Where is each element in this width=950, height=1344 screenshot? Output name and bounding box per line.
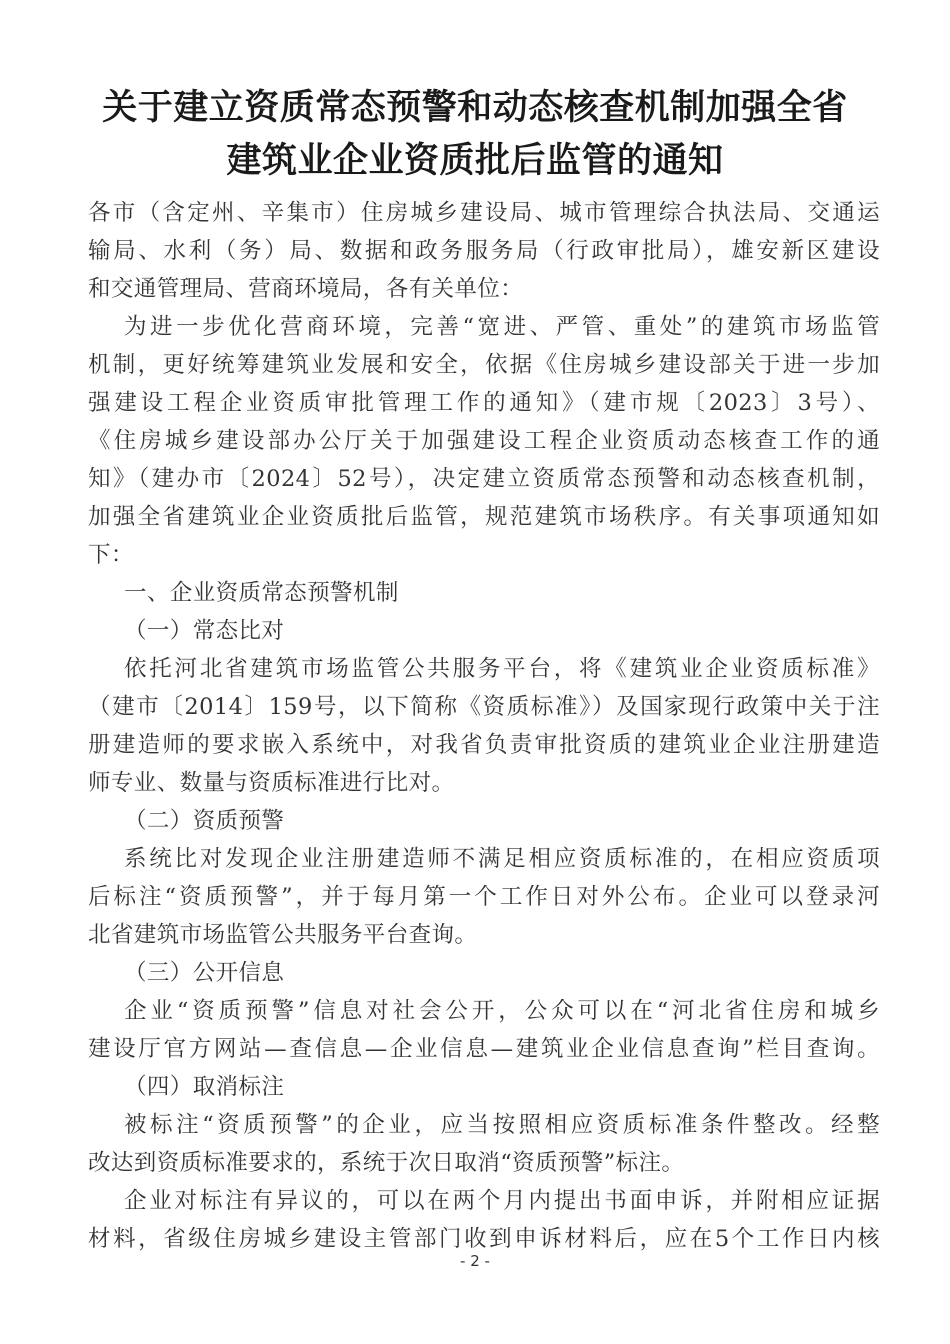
body-text-line: 企业对标注有异议的，可以在两个月内提出书面申诉，并附相应证据: [124, 1186, 880, 1216]
body-text-line: 强建设工程企业资质审批管理工作的通知》（建市规〔2023〕3号）、: [88, 388, 880, 418]
body-text-line: 依托河北省建筑市场监管公共服务平台，将《建筑业企业资质标准》: [124, 654, 880, 684]
body-text-line: 《住房城乡建设部办公厅关于加强建设工程企业资质动态核查工作的通: [88, 426, 880, 456]
body-text-line: 知》（建办市〔2024〕52号），决定建立资质常态预警和动态核查机制，: [88, 464, 880, 494]
body-text-line: 各市（含定州、辛集市）住房城乡建设局、城市管理综合执法局、交通运: [88, 198, 880, 228]
section-heading: （一）常态比对: [124, 616, 284, 646]
body-text-line: 为进一步优化营商环境，完善“宽进、严管、重处”的建筑市场监管: [124, 312, 880, 342]
body-text-line: 师专业、数量与资质标准进行比对。: [88, 768, 880, 798]
body-text-line: 被标注“资质预警”的企业，应当按照相应资质标准条件整改。经整: [124, 1110, 880, 1140]
section-heading: （四）取消标注: [124, 1072, 284, 1102]
body-text-line: 加强全省建筑业企业资质批后监管，规范建筑市场秩序。有关事项通知如: [88, 502, 880, 532]
body-text-line: 材料，省级住房城乡建设主管部门收到申诉材料后，应在5个工作日内核: [88, 1224, 880, 1254]
body-text-line: 改达到资质标准要求的，系统于次日取消“资质预警”标注。: [88, 1148, 880, 1178]
body-text-line: 建设厅官方网站—查信息—企业信息—建筑业企业信息查询”栏目查询。: [88, 1034, 880, 1064]
section-heading: （二）资质预警: [124, 806, 284, 836]
body-text-line: 机制，更好统筹建筑业发展和安全，依据《住房城乡建设部关于进一步加: [88, 350, 880, 380]
document-title-line-2: 建筑业企业资质批后监管的通知: [0, 133, 950, 183]
section-heading: （三）公开信息: [124, 958, 284, 988]
page-number: - 2 -: [0, 1252, 950, 1270]
body-text-line: （建市〔2014〕159号，以下简称《资质标准》）及国家现行政策中关于注: [88, 692, 880, 722]
document-title-line-1: 关于建立资质常态预警和动态核查机制加强全省: [0, 80, 950, 130]
body-text-line: 下：: [88, 540, 880, 570]
body-text-line: 企业“资质预警”信息对社会公开，公众可以在“河北省住房和城乡: [124, 996, 880, 1026]
body-text-line: 和交通管理局、营商环境局，各有关单位：: [88, 274, 880, 304]
body-text-line: 后标注“资质预警”，并于每月第一个工作日对外公布。企业可以登录河: [88, 882, 880, 912]
body-text-line: 系统比对发现企业注册建造师不满足相应资质标准的，在相应资质项: [124, 844, 880, 874]
body-text-line: 输局、水利（务）局、数据和政务服务局（行政审批局），雄安新区建设: [88, 236, 880, 266]
body-text-line: 册建造师的要求嵌入系统中，对我省负责审批资质的建筑业企业注册建造: [88, 730, 880, 760]
section-heading: 一、企业资质常态预警机制: [124, 578, 399, 608]
body-text-line: 北省建筑市场监管公共服务平台查询。: [88, 920, 880, 950]
